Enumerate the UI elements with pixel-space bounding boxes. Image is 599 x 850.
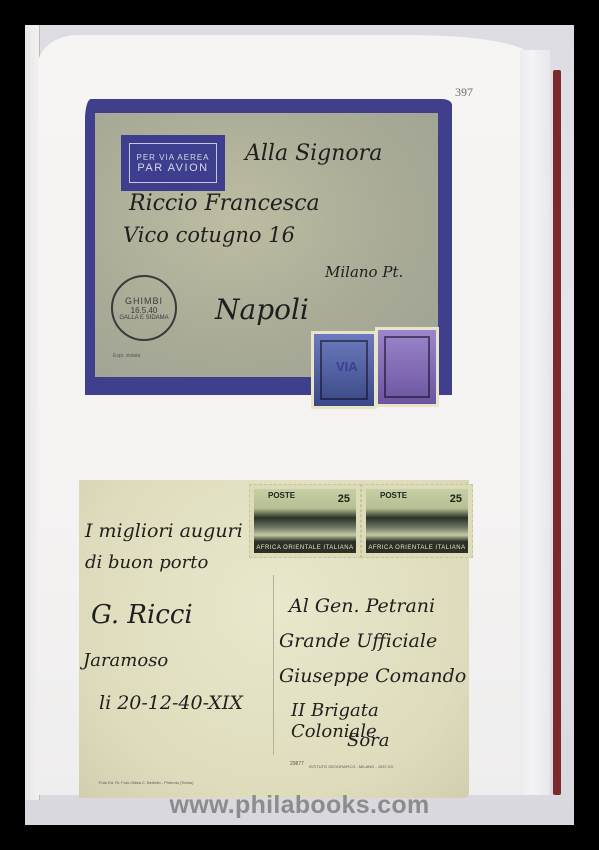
stamp-country: AFRICA ORIENTALE ITALIANA (366, 545, 468, 551)
postcard-address-line: Al Gen. Petrani (289, 595, 435, 617)
stamp-icon: POSTE 25 AFRICA ORIENTALE ITALIANA (361, 484, 473, 558)
stamp-country: AFRICA ORIENTALE ITALIANA (254, 545, 356, 551)
page-stack-edge (520, 50, 550, 795)
airmail-label-box: PER VIA AEREA PAR AVION (129, 143, 217, 183)
watermark: www.philabooks.com (25, 791, 574, 820)
postmark-date: 16.5.40 (131, 306, 158, 315)
postcard-address-line: Giuseppe Comando (279, 665, 466, 687)
printer-note: Espr. vistata (113, 353, 140, 359)
stamp-icon (375, 327, 439, 407)
stamp-label: POSTE (380, 491, 407, 500)
message-line: I migliori auguri (85, 520, 243, 542)
via-mark: VIA (336, 359, 358, 374)
book-cover-edge (553, 70, 561, 795)
airmail-label: PER VIA AEREA PAR AVION (121, 135, 225, 191)
stamp-icon: POSTE 25 AFRICA ORIENTALE ITALIANA (249, 484, 361, 558)
stamp-value: 25 (450, 493, 462, 505)
postmark-region: GALLA E SIDAMA (119, 315, 168, 321)
stamp-label: POSTE (268, 491, 295, 500)
message-line: di buon porto (85, 552, 208, 573)
book-photo: 397 PER VIA AEREA PAR AVION Alla Signora… (25, 25, 574, 825)
page-number: 397 (455, 85, 473, 100)
postcard-caption: Foto Ed. Ri. Foto Ottica C. Bertello - P… (99, 780, 193, 785)
postmark-town: GHIMBI (125, 296, 163, 306)
airmail-label-line1: PER VIA AEREA (136, 153, 209, 162)
postcard-address-line: Grande Ufficiale (279, 630, 437, 652)
address-city: Napoli (215, 293, 309, 326)
postcard-code: 29877 (290, 761, 304, 767)
address-line: Alla Signora (245, 141, 382, 166)
postmark: GHIMBI 16.5.40 GALLA E SIDAMA (111, 275, 177, 341)
address-line: Milano Pt. (325, 263, 403, 281)
postcard-divider (273, 575, 274, 755)
postcard-printer: ISTITUTO GEOGRAFICO - MILANO - 1937-XV (309, 764, 393, 769)
message-line: Jaramoso (83, 650, 168, 671)
stamp-value: 25 (338, 493, 350, 505)
message-date: li 20-12-40-XIX (99, 692, 243, 714)
message-signature: G. Ricci (91, 600, 193, 630)
postcard: POSTE 25 AFRICA ORIENTALE ITALIANA POSTE… (79, 480, 469, 798)
airmail-label-line2: PAR AVION (137, 162, 208, 174)
postcard-address-city: Sora (347, 730, 390, 751)
address-line: Riccio Francesca (129, 191, 320, 216)
address-line: Vico cotugno 16 (123, 223, 295, 247)
